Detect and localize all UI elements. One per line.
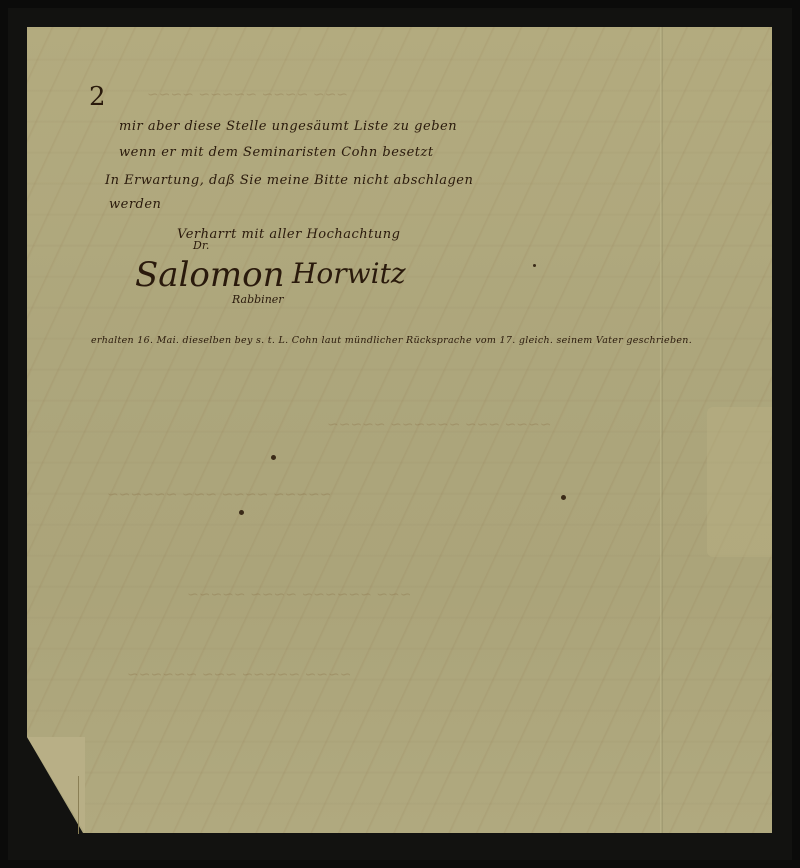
bleed-through-text: ~~~ ~~~~ ~~~~~ ~~~~ xyxy=(147,87,348,103)
bleed-through-text: ~~~~~ ~~~~ ~~~ ~~~~~~ xyxy=(107,487,332,503)
bleed-through-text: ~~~~ ~~~ ~~~~~~ ~~~~~ xyxy=(327,417,552,433)
letter-line-3: In Erwartung, daß Sie meine Bitte nicht … xyxy=(105,173,473,188)
signature-first-name: Salomon xyxy=(135,255,285,295)
signature-last-name: Horwitz xyxy=(292,257,406,290)
page-number-mark: 2 xyxy=(89,82,106,112)
ink-spot xyxy=(271,455,276,460)
letter-line-2: wenn er mit dem Seminaristen Cohn besetz… xyxy=(119,145,434,160)
letter-line-4: werden xyxy=(109,197,161,212)
letter-line-1: mir aber diese Stelle ungesäumt Liste zu… xyxy=(119,119,457,134)
signature-title: Rabbiner xyxy=(232,293,284,306)
bleed-through-text: ~~~ ~~~~~~ ~~~~ ~~~~~ xyxy=(187,587,412,603)
ink-spot xyxy=(239,510,244,515)
letter-page: ~~~ ~~~~ ~~~~~ ~~~~ ~~~~ ~~~ ~~~~~~ ~~~~… xyxy=(27,27,772,833)
bleed-through-text: ~~~~ ~~~~~ ~~~ ~~~~~~ xyxy=(127,667,352,683)
receipt-annotation: erhalten 16. Mai. dieselben bey s. t. L.… xyxy=(91,335,692,346)
closing-phrase: Verharrt mit aller Hochachtung xyxy=(177,227,400,242)
paper-repair-patch xyxy=(707,407,777,557)
signature-prefix: Dr. xyxy=(193,239,209,252)
page-fold-line xyxy=(660,27,663,833)
ink-spot xyxy=(533,264,536,267)
folded-corner-edge xyxy=(78,776,79,834)
ink-spot xyxy=(561,495,566,500)
